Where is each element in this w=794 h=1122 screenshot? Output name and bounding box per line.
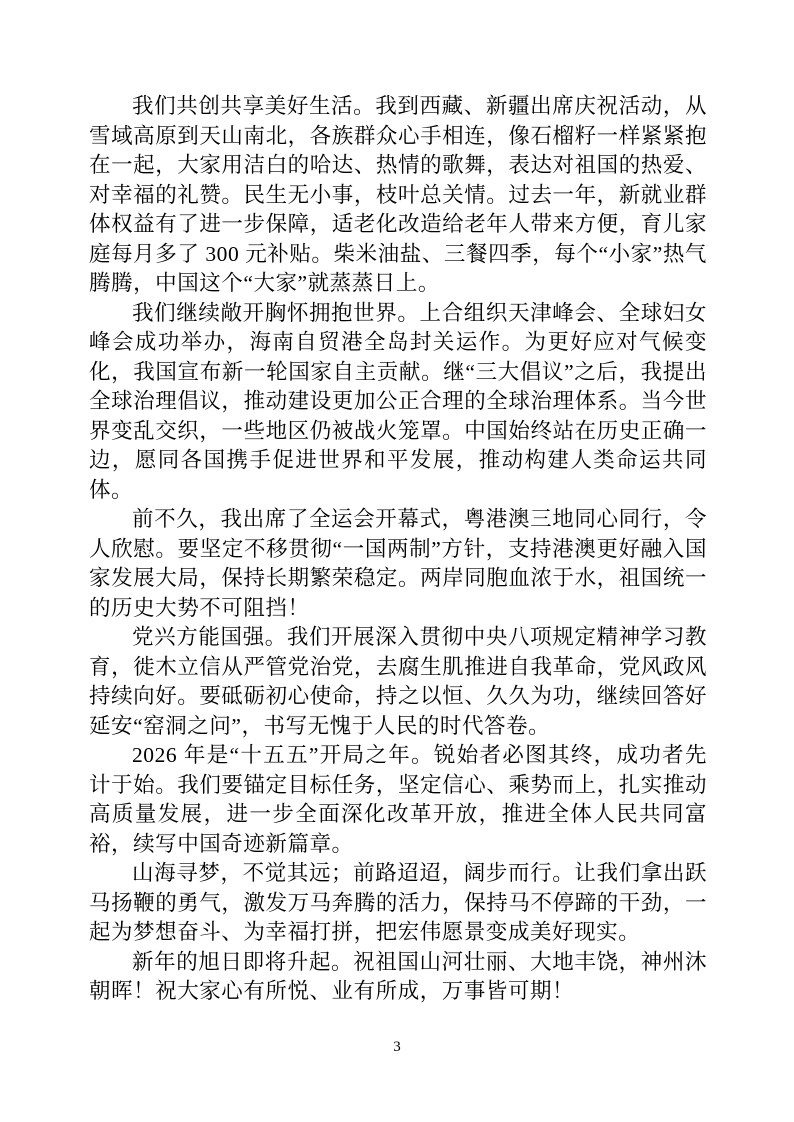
paragraph: 新年的旭日即将升起。祝祖国山河壮丽、大地丰饶，神州沐朝晖！祝大家心有所悦、业有所…: [89, 948, 707, 1007]
paragraph: 党兴方能国强。我们开展深入贯彻中央八项规定精神学习教育，徙木立信从严管党治党，去…: [89, 623, 707, 741]
document-body: 我们共创共享美好生活。我到西藏、新疆出席庆祝活动，从雪域高原到天山南北，各族群众…: [89, 92, 707, 1007]
paragraph: 前不久，我出席了全运会开幕式，粤港澳三地同心同行，令人欣慰。要坚定不移贯彻“一国…: [89, 505, 707, 623]
paragraph: 我们继续敞开胸怀拥抱世界。上合组织天津峰会、全球妇女峰会成功举办，海南自贸港全岛…: [89, 299, 707, 506]
document-page: 我们共创共享美好生活。我到西藏、新疆出席庆祝活动，从雪域高原到天山南北，各族群众…: [0, 0, 794, 1122]
paragraph: 我们共创共享美好生活。我到西藏、新疆出席庆祝活动，从雪域高原到天山南北，各族群众…: [89, 92, 707, 299]
paragraph: 山海寻梦，不觉其远；前路迢迢，阔步而行。让我们拿出跃马扬鞭的勇气，激发万马奔腾的…: [89, 859, 707, 948]
page-number: 3: [0, 1037, 794, 1057]
paragraph: 2026 年是“十五五”开局之年。锐始者必图其终，成功者先计于始。我们要锚定目标…: [89, 741, 707, 859]
